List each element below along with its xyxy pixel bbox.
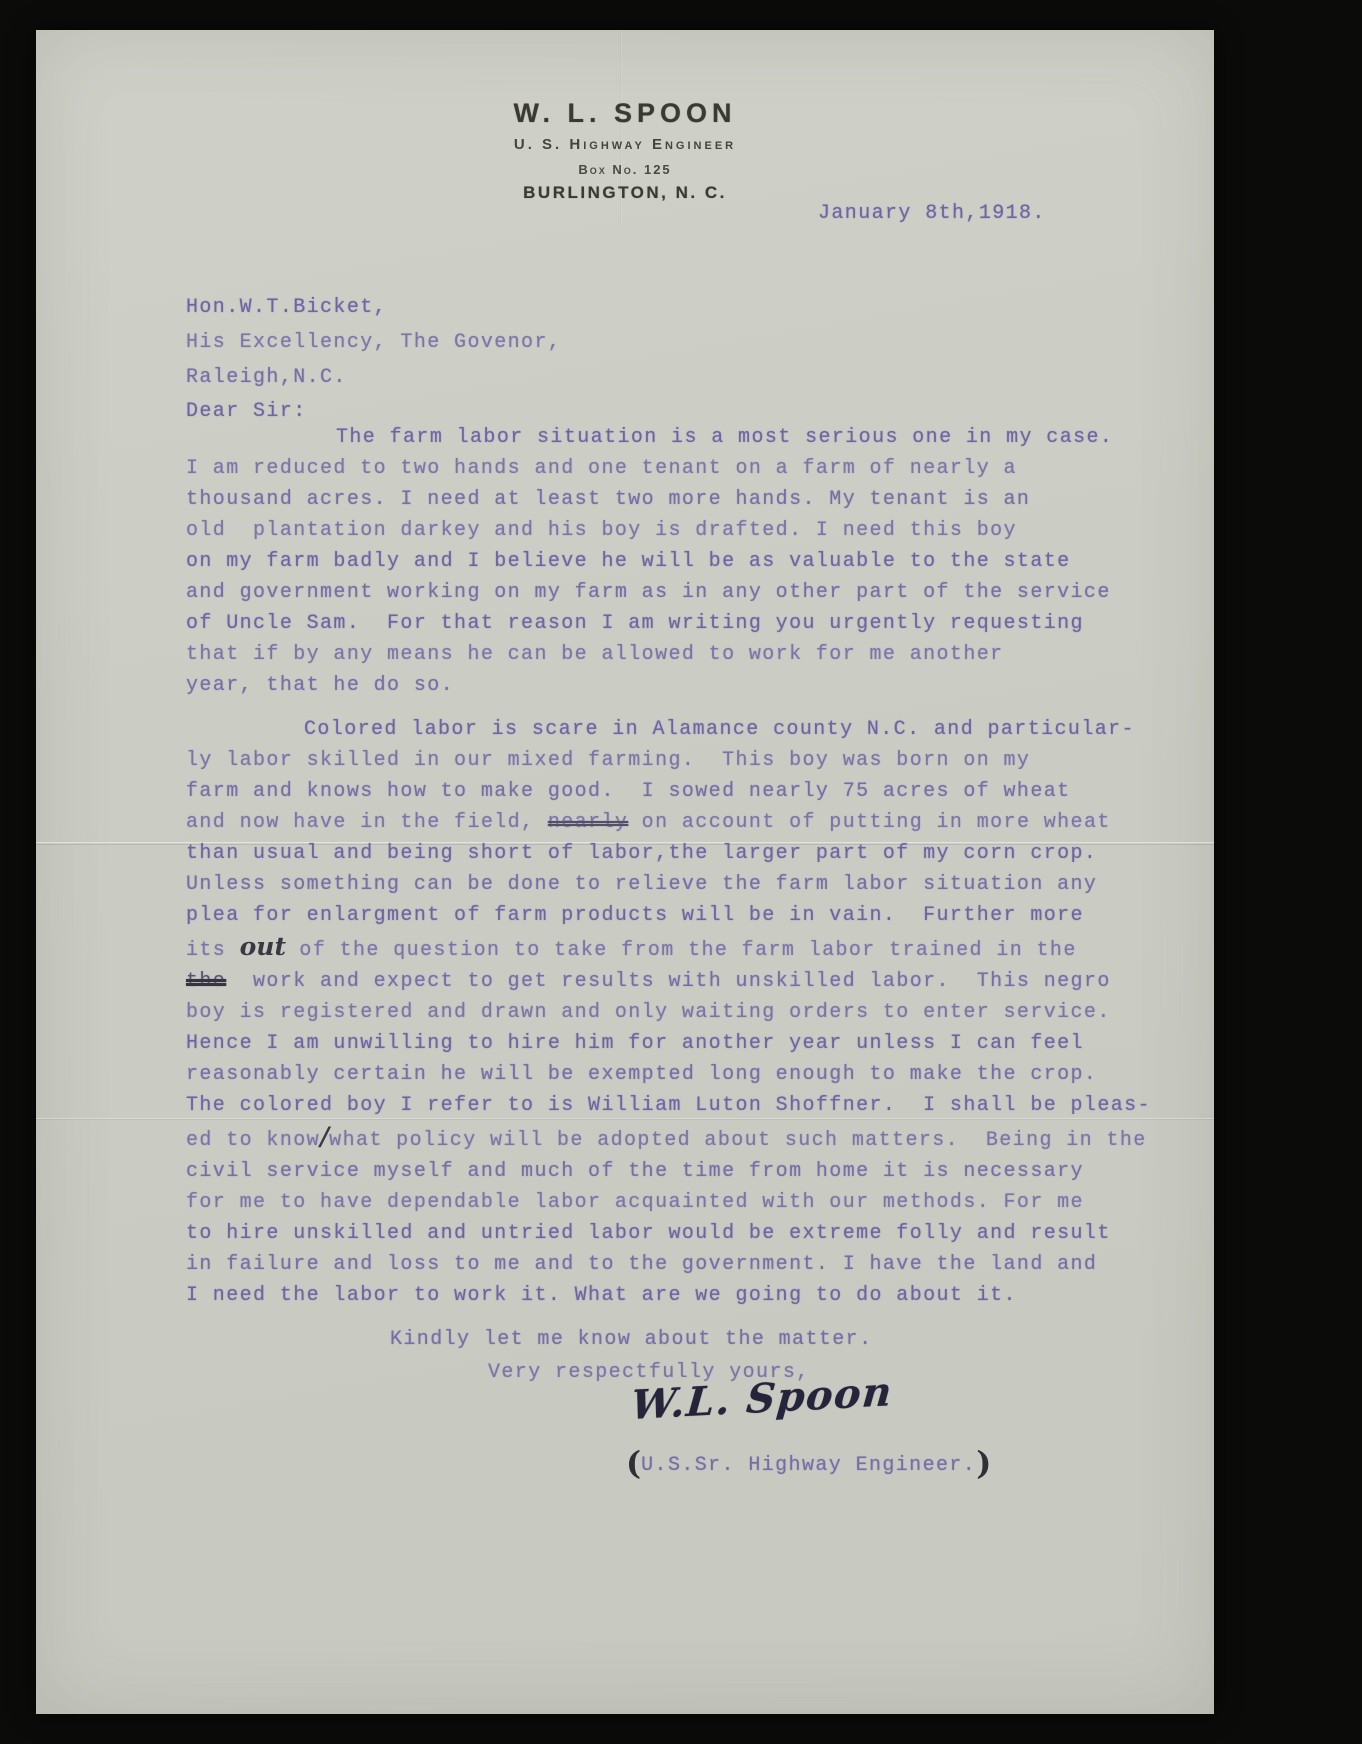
scanned-letter-page: { "letterhead": { "name": "W. L. SPOON",…	[0, 0, 1362, 1744]
letter-line: The colored boy I refer to is William Lu…	[186, 1090, 1158, 1121]
handwritten-paren-close: )	[976, 1444, 991, 1482]
letter-line: ly labor skilled in our mixed farming. T…	[186, 745, 1158, 776]
letter-date: January 8th,1918.	[818, 198, 1046, 229]
typed-text: what policy will be adopted about such m…	[329, 1129, 1147, 1152]
letter-paper: W. L. SPOON U. S. Highway Engineer Box N…	[36, 30, 1214, 1714]
letter-line: that if by any means he can be allowed t…	[186, 639, 1158, 670]
letter-line: the work and expect to get results with …	[186, 966, 1158, 997]
recipient-line: His Excellency, The Govenor,	[186, 325, 561, 360]
typed-text: on my farm badly and I believe he will b…	[186, 550, 1071, 573]
typed-text: of the question to take from the farm la…	[286, 939, 1077, 962]
typed-text: ed to know	[186, 1129, 320, 1152]
typed-text: and government working on my farm as in …	[186, 581, 1111, 604]
typed-text: to hire unskilled and untried labor woul…	[186, 1222, 1111, 1245]
typed-text: The colored boy I refer to is William Lu…	[186, 1094, 1151, 1117]
closing-request-line: Kindly let me know about the matter.	[390, 1324, 1158, 1355]
typed-text: His Excellency, The Govenor,	[186, 331, 561, 354]
typed-text: year, that he do so.	[186, 674, 454, 697]
letter-line: on my farm badly and I believe he will b…	[186, 546, 1158, 577]
typed-text: plea for enlargment of farm products wil…	[186, 904, 1084, 927]
typed-text: reasonably certain he will be exempted l…	[186, 1063, 1097, 1086]
letter-paragraph: The farm labor situation is a most serio…	[186, 422, 1158, 701]
letter-line: than usual and being short of labor,the …	[186, 838, 1158, 869]
typed-text: boy is registered and drawn and only wai…	[186, 1001, 1111, 1024]
typed-text: that if by any means he can be allowed t…	[186, 643, 1004, 666]
letter-line: thousand acres. I need at least two more…	[186, 484, 1158, 515]
letter-line: farm and knows how to make good. I sowed…	[186, 776, 1158, 807]
letter-line: Hence I am unwilling to hire him for ano…	[186, 1028, 1158, 1059]
letter-line: plea for enlargment of farm products wil…	[186, 900, 1158, 931]
letter-line: its out of the question to take from the…	[186, 931, 1158, 966]
letterhead-name: W. L. SPOON	[36, 98, 1214, 129]
typed-text: Kindly let me know about the matter.	[390, 1328, 872, 1351]
typed-text: The farm labor situation is a most serio…	[336, 426, 1113, 449]
typed-text: Hence I am unwilling to hire him for ano…	[186, 1032, 1084, 1055]
letter-line: Unless something can be done to relieve …	[186, 869, 1158, 900]
typed-text: and now have in the field,	[186, 811, 548, 834]
typed-text: I need the labor to work it. What are we…	[186, 1284, 1017, 1307]
letter-line: I am reduced to two hands and one tenant…	[186, 453, 1158, 484]
handwritten-insertion: /	[320, 1122, 329, 1151]
letter-line: Colored labor is scare in Alamance count…	[186, 714, 1158, 745]
letterhead-title: U. S. Highway Engineer	[36, 136, 1214, 153]
typed-text: Unless something can be done to relieve …	[186, 873, 1097, 896]
letter-paragraph: Colored labor is scare in Alamance count…	[186, 714, 1158, 1311]
typed-text: of Uncle Sam. For that reason I am writi…	[186, 612, 1084, 635]
letter-line: I need the labor to work it. What are we…	[186, 1280, 1158, 1311]
typed-text: Hon.W.T.Bicket,	[186, 296, 387, 319]
letter-line: and government working on my farm as in …	[186, 577, 1158, 608]
typed-text: in failure and loss to me and to the gov…	[186, 1253, 1097, 1276]
letter-line: year, that he do so.	[186, 670, 1158, 701]
typed-text: ly labor skilled in our mixed farming. T…	[186, 749, 1030, 772]
letter-line: old plantation darkey and his boy is dra…	[186, 515, 1158, 546]
letter-line: for me to have dependable labor acquaint…	[186, 1187, 1158, 1218]
typed-text: farm and knows how to make good. I sowed…	[186, 780, 1071, 803]
typed-text: thousand acres. I need at least two more…	[186, 488, 1030, 511]
letter-line: boy is registered and drawn and only wai…	[186, 997, 1158, 1028]
letter-line: to hire unskilled and untried labor woul…	[186, 1218, 1158, 1249]
typed-text: old plantation darkey and his boy is dra…	[186, 519, 1017, 542]
typed-text: work and expect to get results with unsk…	[226, 970, 1111, 993]
letter-line: of Uncle Sam. For that reason I am writi…	[186, 608, 1158, 639]
typed-title-text: U.S.Sr. Highway Engineer.	[641, 1454, 976, 1477]
recipient-address-block: Hon.W.T.Bicket,His Excellency, The Goven…	[186, 290, 561, 395]
letter-line: reasonably certain he will be exempted l…	[186, 1059, 1158, 1090]
letter-line: in failure and loss to me and to the gov…	[186, 1249, 1158, 1280]
typed-text: for me to have dependable labor acquaint…	[186, 1191, 1084, 1214]
typed-text: I am reduced to two hands and one tenant…	[186, 457, 1017, 480]
letter-line: civil service myself and much of the tim…	[186, 1156, 1158, 1187]
struck-out-word: nearly	[548, 811, 628, 834]
recipient-line: Raleigh,N.C.	[186, 360, 561, 395]
handwritten-paren-open: (	[626, 1444, 641, 1482]
typed-text: civil service myself and much of the tim…	[186, 1160, 1084, 1183]
letterhead-box-number: Box No. 125	[36, 162, 1214, 177]
typed-text: Raleigh,N.C.	[186, 366, 347, 389]
signature-title-line: (U.S.Sr. Highway Engineer.)	[626, 1448, 1158, 1481]
handwritten-insertion: out	[240, 932, 286, 961]
letterhead: W. L. SPOON U. S. Highway Engineer Box N…	[36, 98, 1214, 203]
typed-text: on account of putting in more wheat	[628, 811, 1110, 834]
letter-line: ed to know/what policy will be adopted a…	[186, 1121, 1158, 1156]
typed-text: than usual and being short of labor,the …	[186, 842, 1097, 865]
letter-line: The farm labor situation is a most serio…	[186, 422, 1158, 453]
letter-body: The farm labor situation is a most serio…	[186, 422, 1158, 1481]
recipient-line: Hon.W.T.Bicket,	[186, 290, 561, 325]
letter-line: and now have in the field, nearly on acc…	[186, 807, 1158, 838]
scribbled-out-word: the	[186, 970, 226, 993]
typed-text: Colored labor is scare in Alamance count…	[304, 718, 1135, 741]
typed-text: its	[186, 939, 240, 962]
